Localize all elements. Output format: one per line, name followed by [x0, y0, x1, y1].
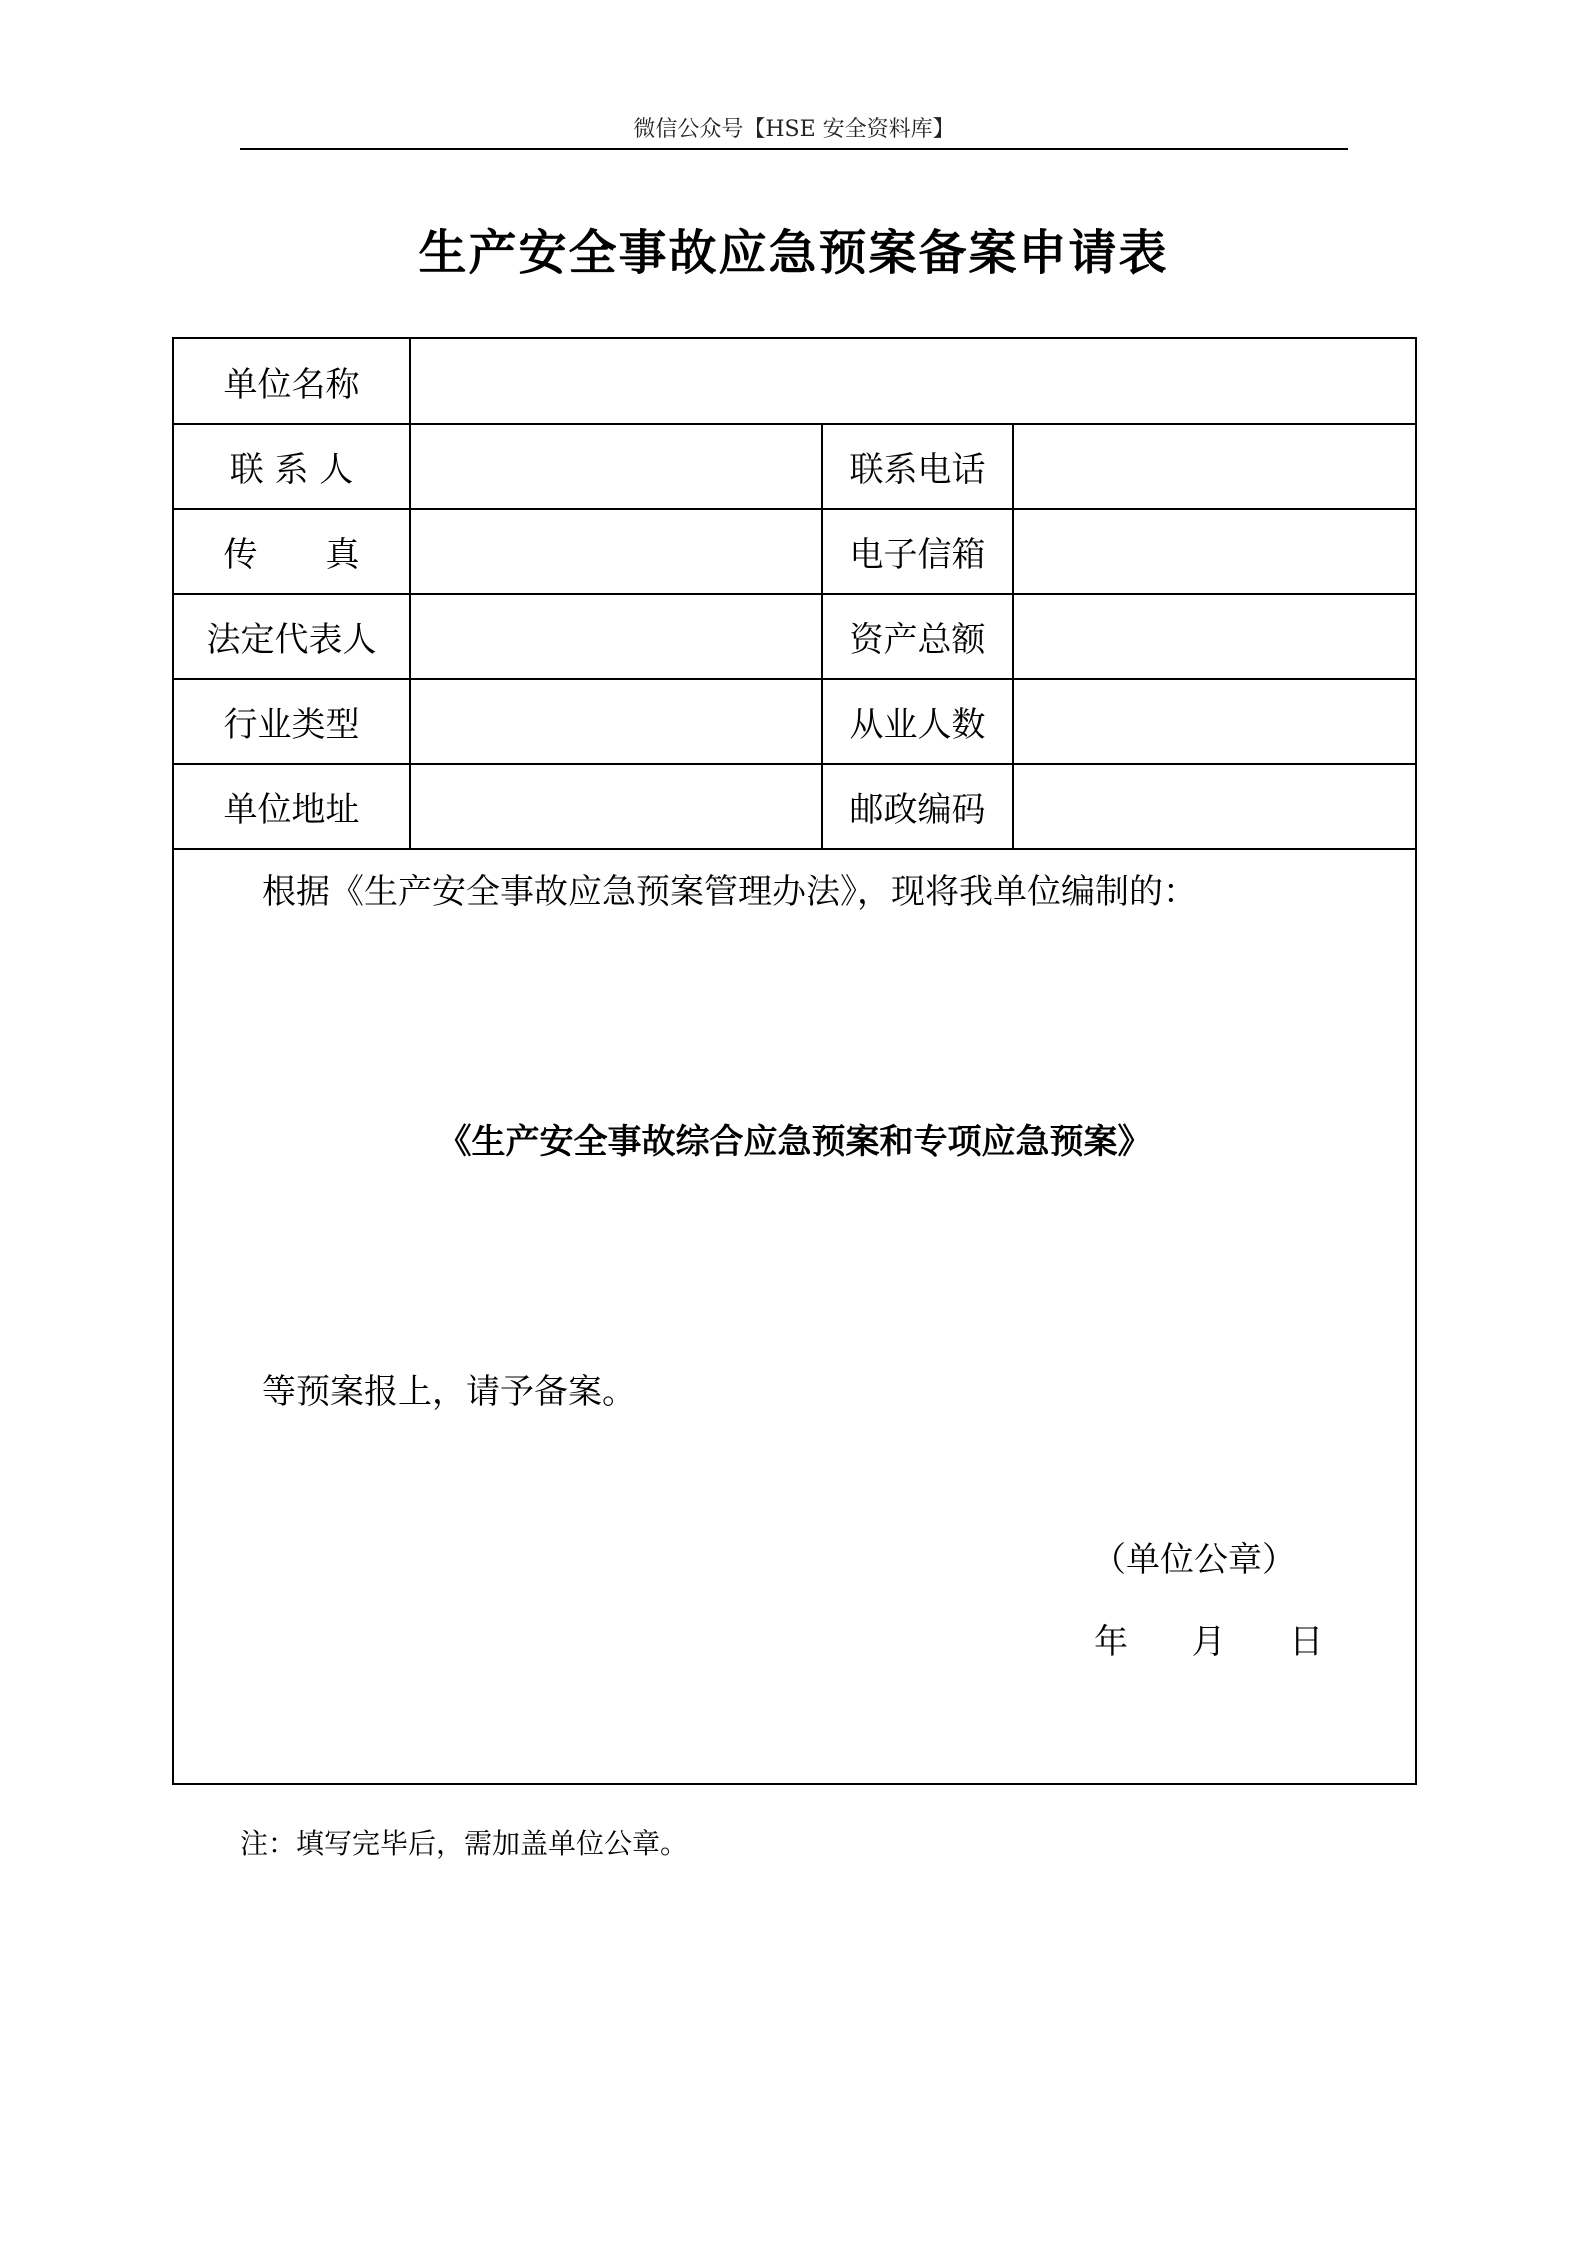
unit-address-label: 单位地址 — [174, 765, 409, 848]
legal-representative-field[interactable] — [411, 595, 821, 678]
plan-title: 《生产安全事故综合应急预案和专项应急预案》 — [174, 1122, 1415, 1162]
filing-request-text: 等预案报上，请予备案。 — [262, 1372, 636, 1412]
total-assets-field[interactable] — [1014, 595, 1415, 678]
unit-address-field[interactable] — [411, 765, 821, 848]
email-label: 电子信箱 — [823, 510, 1012, 593]
date-day: 日 — [1289, 1622, 1323, 1662]
contact-phone-field[interactable] — [1014, 425, 1415, 508]
unit-name-label: 单位名称 — [174, 339, 409, 423]
postal-code-field[interactable] — [1014, 765, 1415, 848]
page-title: 生产安全事故应急预案备案申请表 — [0, 220, 1587, 286]
date-year: 年 — [1094, 1622, 1128, 1662]
intro-paragraph: 根据《生产安全事故应急预案管理办法》，现将我单位编制的： — [262, 872, 1197, 912]
unit-name-field[interactable] — [411, 339, 1415, 423]
filing-application-form: 单位名称 联 系 人 联系电话 传 真 电子信箱 法定代表人 资产总额 行业类型… — [172, 337, 1417, 1785]
contact-person-label: 联 系 人 — [174, 425, 409, 508]
header-divider — [240, 148, 1348, 150]
fax-field[interactable] — [411, 510, 821, 593]
footnote: 注：填写完毕后，需加盖单位公章。 — [240, 1824, 688, 1864]
date-line: 年 月 日 — [1094, 1622, 1323, 1662]
email-field[interactable] — [1014, 510, 1415, 593]
industry-type-field[interactable] — [411, 680, 821, 763]
date-month: 月 — [1192, 1622, 1226, 1662]
legal-representative-label: 法定代表人 — [174, 595, 409, 678]
page-header-text: 微信公众号【HSE 安全资料库】 — [240, 114, 1348, 146]
unit-seal-placeholder: （单位公章） — [1092, 1540, 1296, 1580]
postal-code-label: 邮政编码 — [823, 765, 1012, 848]
total-assets-label: 资产总额 — [823, 595, 1012, 678]
row-divider — [174, 848, 1415, 850]
contact-person-field[interactable] — [411, 425, 821, 508]
employee-count-label: 从业人数 — [823, 680, 1012, 763]
fax-label: 传 真 — [174, 510, 409, 593]
contact-phone-label: 联系电话 — [823, 425, 1012, 508]
industry-type-label: 行业类型 — [174, 680, 409, 763]
employee-count-field[interactable] — [1014, 680, 1415, 763]
